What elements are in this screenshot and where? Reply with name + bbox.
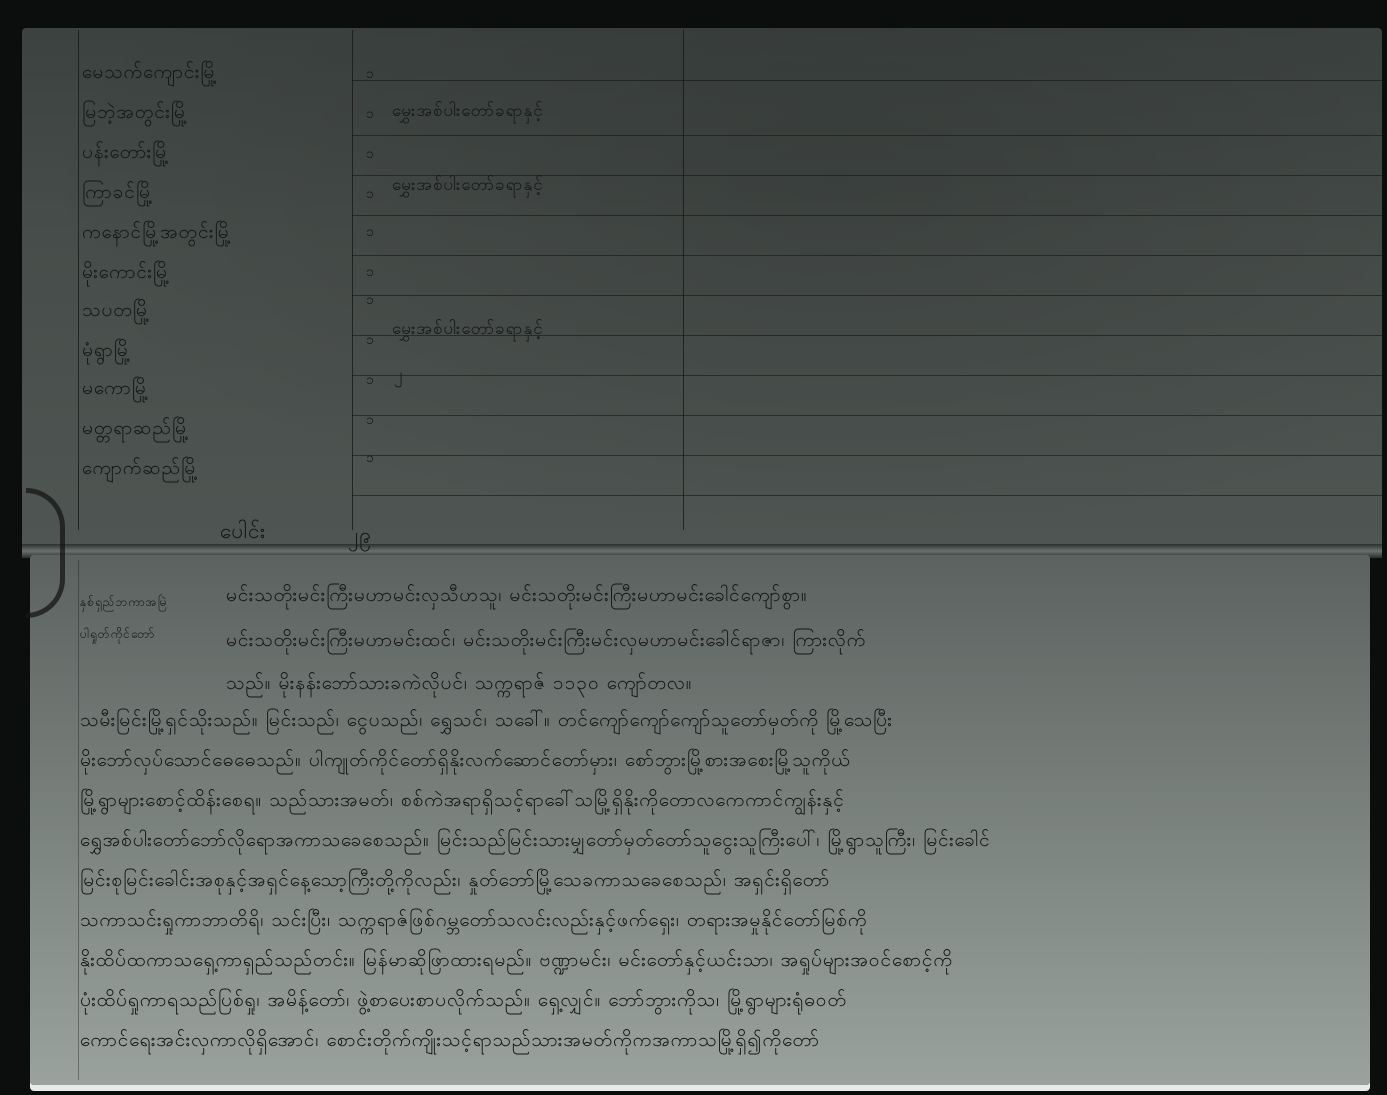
row-mark: ၁	[366, 184, 375, 205]
text-line: ကောင်ရေးအင်းလှကာလိုရှိအောင်၊ စောင်းတိုက်…	[80, 1025, 820, 1056]
row-mark: ၁	[366, 448, 375, 469]
row-mark: ၁	[366, 290, 375, 311]
ruled-line	[352, 135, 1382, 136]
row-entry: မွှေးအစ်ပါးတော်ခရာနှင့်	[392, 318, 544, 343]
binding-stain	[26, 488, 65, 618]
margin-rule	[78, 560, 79, 1080]
row-label: မေသက်ကျောင်းမြို့	[82, 60, 218, 88]
upper-page	[22, 28, 1382, 548]
ruled-line	[352, 415, 1382, 416]
row-label: ကနောင်မြို့အတွင်းမြို့	[82, 220, 232, 248]
total-value: ၂၉	[348, 522, 372, 553]
ruled-line	[352, 495, 1382, 496]
ruled-line	[352, 455, 1382, 456]
row-mark: ၁	[366, 330, 375, 351]
text-line: ရွှေအစ်ပါးတော်ဘော်လိုရောအကာသခေစေသည်။ မြင…	[80, 825, 991, 856]
row-label: ကြာခင်မြို့	[82, 180, 154, 208]
side-heading: ပါရှုတ်ကိုင်တော်	[80, 626, 155, 644]
row-mark: ၁	[366, 64, 375, 85]
row-entry: မွှေးအစ်ပါးတော်ခရာနှင့်	[392, 174, 544, 199]
text-line: မိုးဘော်လှပ်သောင်ဓေဓေသည်။ ပါကျုတ်ကိုင်တေ…	[80, 745, 851, 776]
row-label: မတ္တရာဆည်မြို့	[82, 416, 190, 444]
row-mark: ၁	[366, 370, 375, 391]
text-line: မင်းသတိုးမင်းကြီးမဟာမင်းလှသီဟသူ၊ မင်းသတိ…	[226, 580, 808, 611]
ruled-line	[352, 215, 1382, 216]
row-label: မုံရွာမြို့	[82, 338, 132, 366]
ruled-line	[352, 375, 1382, 376]
row-mark: ၁	[366, 222, 375, 243]
ruled-line	[352, 255, 1382, 256]
row-label: ပန်းတော်းမြို့	[82, 140, 170, 168]
manuscript-photo: မေသက်ကျောင်းမြို့ မြဘဲ့အတွင်းမြို့ ပန်းတ…	[0, 0, 1387, 1095]
row-mark: ၁	[366, 262, 375, 283]
ruled-line	[352, 295, 1382, 296]
margin-rule	[78, 30, 79, 530]
ruled-line	[352, 80, 1382, 81]
row-entry: မွှေးအစ်ပါးတော်ခရာနှင့်	[392, 100, 544, 125]
row-label: မိုးကောင်းမြို့	[82, 260, 171, 288]
text-line: သမီးမြင်းမြို့ရှင်သိုးသည်။ မြင်းသည်၊ ငွေ…	[80, 705, 893, 736]
text-line: မင်းသတိုးမင်းကြီးမဟာမင်းထင်၊ မင်းသတိုးမင…	[226, 625, 866, 656]
row-entry: ၂	[394, 364, 403, 389]
text-line: ပုံးထိပ်ရှုကာရသည်ပြစ်ရှု၊ အမိန့်တော်၊ ဖွ…	[80, 985, 847, 1016]
row-mark: ၁	[366, 104, 375, 125]
text-line: သည်။ မိုးနန်းဘော်သားခကဲလိုပင်၊ သက္ကရာဇ် …	[226, 668, 693, 699]
text-line: မြို့ရွာများစောင့်ထိန်းစေရ။ သည်သားအမတ်၊ …	[80, 785, 845, 816]
row-label: ကျောက်ဆည်မြို့	[82, 456, 199, 484]
total-label: ပေါင်း	[220, 518, 266, 549]
text-line: နိုးထိပ်ထကာသရှေ့ကာရှည်သည်တင်း။ မြန်မာဆို…	[80, 945, 953, 976]
row-mark: ၁	[366, 410, 375, 431]
side-heading: နှစ်ရှည်ဘကာအမြဲ	[80, 594, 168, 612]
row-label: မကောမြို့	[82, 376, 150, 404]
row-mark: ၁	[366, 144, 375, 165]
row-label: သပတမြို့	[82, 298, 151, 326]
text-line: သကာသင်းရှုကာဘာတိရိ၊ သင်းပြီး၊ သက္ကရာဇ်ဖြ…	[80, 905, 868, 936]
text-line: မြင်းစုမြင်းခေါင်းအစုနှင့်အရှင်နေ့သော့ကြ…	[80, 865, 830, 896]
row-label: မြဘဲ့အတွင်းမြို့	[82, 100, 189, 128]
